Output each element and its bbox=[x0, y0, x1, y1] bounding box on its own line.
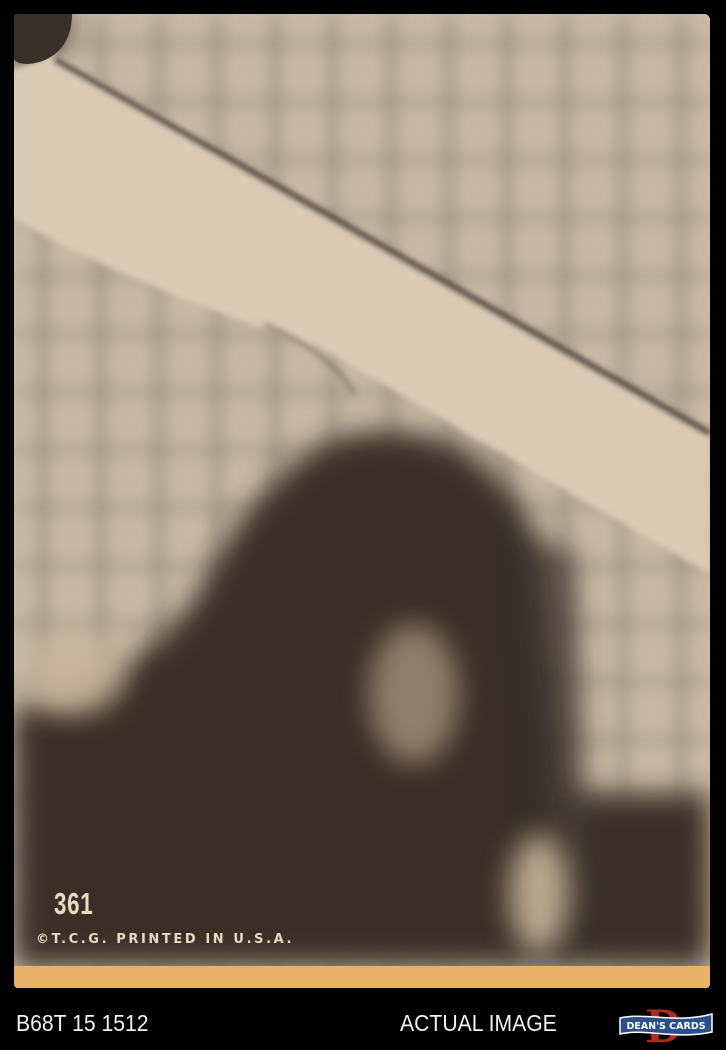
listing-footer: B68T 15 1512 ACTUAL IMAGE D DEAN'S CARDS bbox=[0, 996, 726, 1050]
svg-text:DEAN'S CARDS: DEAN'S CARDS bbox=[626, 1021, 705, 1032]
card-bottom-border bbox=[14, 966, 710, 988]
actual-image-label: ACTUAL IMAGE bbox=[400, 1010, 557, 1037]
copyright-text: ©T.C.G. PRINTED IN U.S.A. bbox=[36, 932, 294, 947]
trading-card-back: 361 ©T.C.G. PRINTED IN U.S.A. bbox=[14, 14, 710, 988]
sku-label: B68T 15 1512 bbox=[16, 1010, 149, 1037]
deans-cards-logo-icon: D DEAN'S CARDS bbox=[616, 1002, 716, 1046]
card-number: 361 bbox=[54, 886, 93, 922]
card-photo bbox=[14, 14, 710, 966]
